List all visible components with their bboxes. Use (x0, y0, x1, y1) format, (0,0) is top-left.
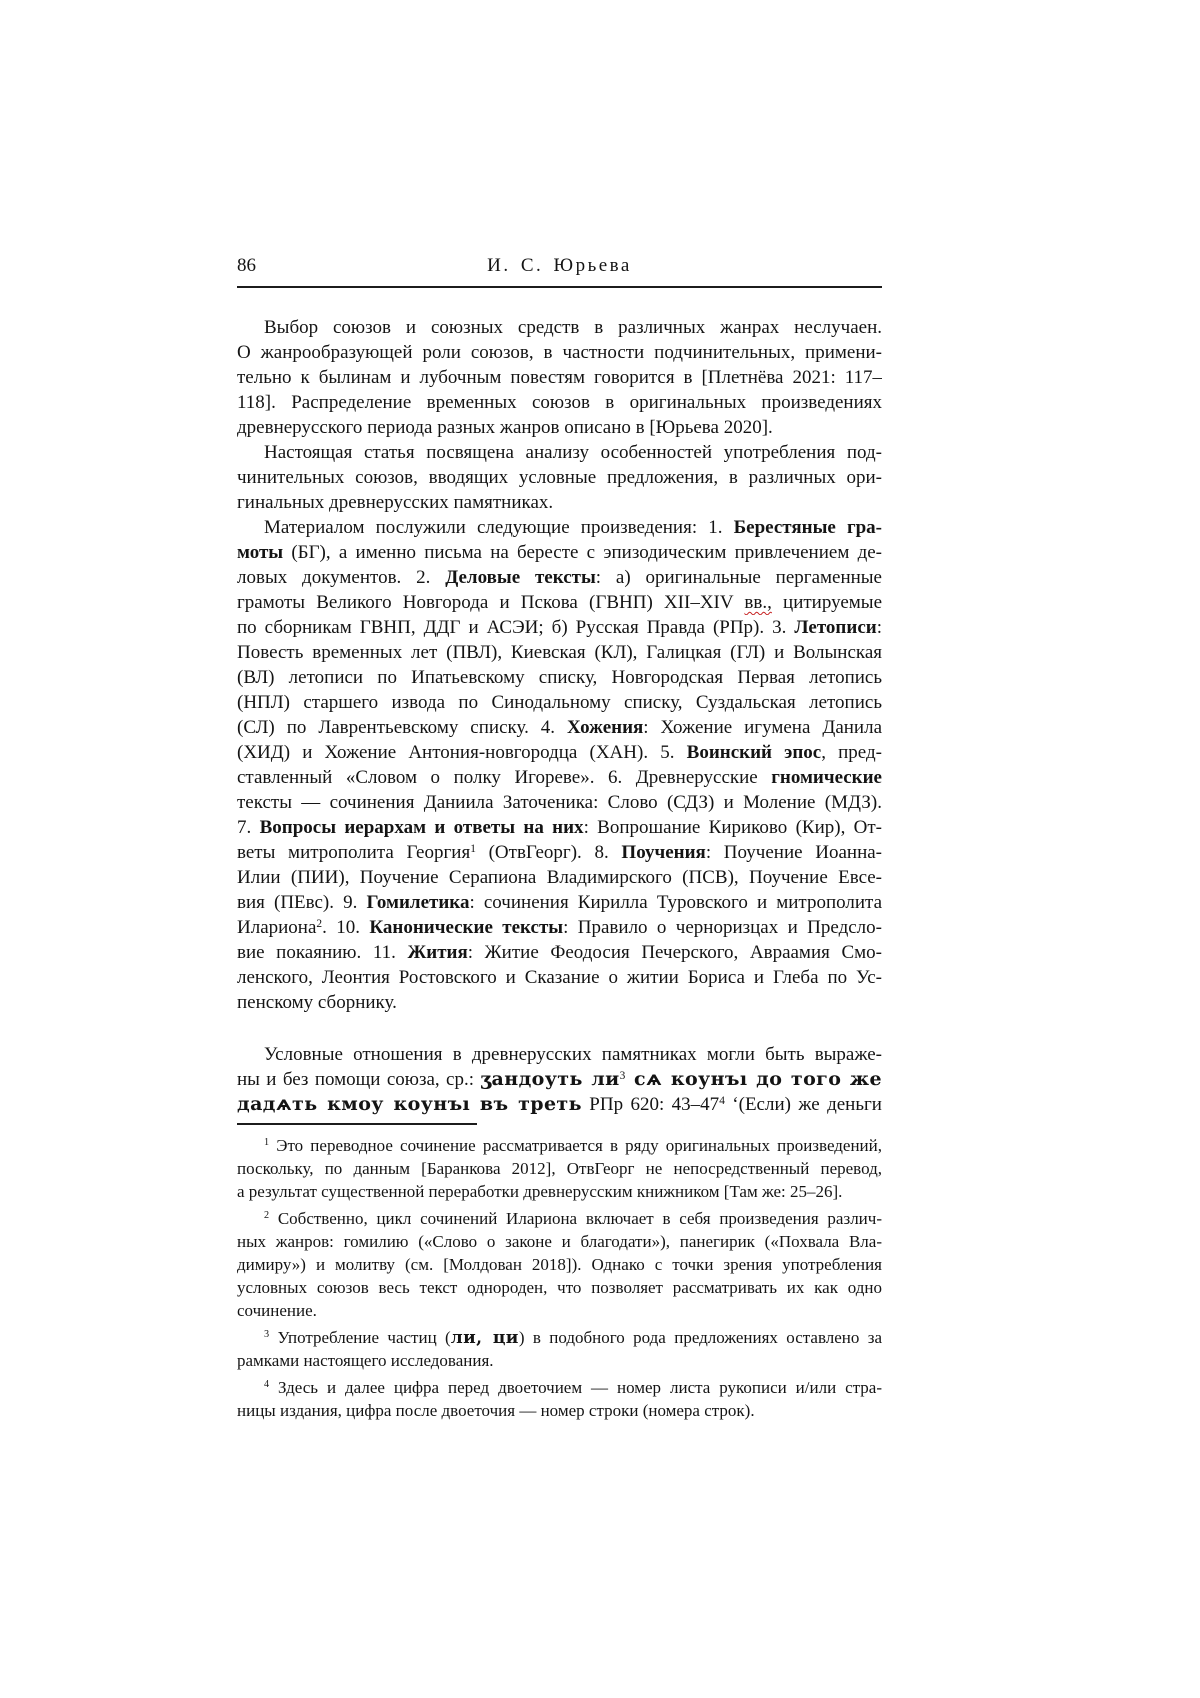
para: Выбор союзов и союзных средств в различн… (237, 315, 882, 440)
text-run: Настоящая статья посвящена анализу особе… (264, 442, 882, 463)
text-line: ны и без помощи союза, ср.: ʒандоуть ли3… (237, 1067, 882, 1092)
text-run: Хожения (567, 717, 643, 738)
footnotes: 1 Это переводное сочинение рассматривает… (237, 1134, 882, 1422)
text-run: вв., (744, 592, 771, 613)
footnote: 2 Собственно, цикл сочинений Илариона вк… (237, 1207, 882, 1322)
text-run: 7. (237, 817, 260, 838)
text-line: (НПЛ) старшего извода по Синодальному сп… (237, 690, 882, 715)
text-run: 118]. Распределение временных союзов в о… (237, 392, 882, 413)
text-line: тексты — сочинения Даниила Заточеника: С… (237, 790, 882, 815)
text-line: (СЛ) по Лаврентьевскому списку. 4. Хожен… (237, 715, 882, 740)
text-line: чинительных союзов, вводящих условные пр… (237, 465, 882, 490)
running-title: И. С. Юрьева (237, 255, 882, 277)
text-line: древнерусского периода разных жанров опи… (237, 415, 882, 440)
text-line: а результат существенной переработки дре… (237, 1180, 882, 1203)
text-run: ли, ци (451, 1328, 519, 1348)
text-run: тексты — сочинения Даниила Заточеника: С… (237, 792, 882, 813)
text-run: (СЛ) по Лаврентьевскому списку. 4. (237, 717, 567, 738)
text-line: ставленный «Словом о полку Игореве». 6. … (237, 765, 882, 790)
text-run: ) в подобного рода предложениях оставлен… (519, 1328, 882, 1347)
text-line: грамоты Великого Новгорода и Пскова (ГВН… (237, 590, 882, 615)
text-run: : Правило о черноризцах и Предсло- (563, 917, 882, 938)
text-run: Гомилетика (366, 892, 469, 913)
text-run: моты (237, 542, 283, 563)
text-run: О жанрообразующей роли союзов, в частнос… (237, 342, 882, 363)
text-run: (ОтвГеорг). 8. (476, 842, 622, 863)
text-run: ʒандоуть ли (480, 1068, 619, 1090)
footnote: 3 Употребление частиц (ли, ци) в подобно… (237, 1326, 882, 1372)
text-line: рамками настоящего исследования. (237, 1349, 882, 1372)
text-line: 3 Употребление частиц (ли, ци) в подобно… (237, 1326, 882, 1349)
text-run: пенскому сборнику. (237, 992, 397, 1013)
text-line: ловых документов. 2. Деловые тексты: а) … (237, 565, 882, 590)
header-rule (237, 286, 882, 288)
text-line: (ВЛ) летописи по Ипатьевскому списку, Но… (237, 665, 882, 690)
text-run: Повесть временных лет (ПВЛ), Киевская (К… (237, 642, 882, 663)
text-run: сочинение. (237, 1301, 317, 1320)
text-run: тельно к былинам и лубочным повестям гов… (237, 367, 882, 388)
text-line: 1 Это переводное сочинение рассматривает… (237, 1134, 882, 1157)
footnote: 4 Здесь и далее цифра перед двоеточием —… (237, 1376, 882, 1422)
text-line: Материалом послужили следующие произведе… (237, 515, 882, 540)
text-run: (ВЛ) летописи по Ипатьевскому списку, Но… (237, 667, 882, 688)
para: Материалом послужили следующие произведе… (237, 515, 882, 1015)
text-run: 4 (719, 1095, 725, 1107)
text-run: : Вопрошание Кириково (Кир), От- (584, 817, 882, 838)
text-run: рамками настоящего исследования. (237, 1351, 494, 1370)
text-run: вия (ПЕвс). 9. (237, 892, 366, 913)
text-line: пенскому сборнику. (237, 990, 882, 1015)
text-run: 1 (264, 1137, 269, 1148)
text-run: Вопросы иерархам и ответы на них (260, 817, 584, 838)
text-run: Выбор союзов и союзных средств в различн… (264, 317, 882, 338)
text-run: дадѧть кмоу коунъı въ треть (237, 1093, 582, 1115)
text-run: Это переводное сочинение рассматривается… (269, 1136, 882, 1155)
para: Условные отношения в древнерусских памят… (237, 1042, 882, 1117)
text-run: Здесь и далее цифра перед двоеточием — н… (269, 1378, 882, 1397)
text-run: Условные отношения в древнерусских памят… (264, 1044, 882, 1065)
text-line: моты (БГ), а именно письма на бересте с … (237, 540, 882, 565)
text-line: вия (ПЕвс). 9. Гомилетика: сочинения Кир… (237, 890, 882, 915)
text-run: 3 (264, 1329, 269, 1340)
text-line: Повесть временных лет (ПВЛ), Киевская (К… (237, 640, 882, 665)
text-line: 7. Вопросы иерархам и ответы на них: Воп… (237, 815, 882, 840)
text-run: Употребление частиц ( (269, 1328, 451, 1347)
text-run: ных жанров: гомилию («Слово о законе и б… (237, 1232, 882, 1251)
text-run: вие покаянию. 11. (237, 942, 407, 963)
text-run: условных союзов весь текст однороден, чт… (237, 1278, 882, 1297)
text-line: ных жанров: гомилию («Слово о законе и б… (237, 1230, 882, 1253)
text-line: сочинение. (237, 1299, 882, 1322)
text-run: Материалом послужили следующие произведе… (264, 517, 734, 538)
text-line: вие покаянию. 11. Жития: Житие Феодосия … (237, 940, 882, 965)
text-run: , пред- (821, 742, 882, 763)
text-run: : (877, 617, 882, 638)
text-line: тельно к былинам и лубочным повестям гов… (237, 365, 882, 390)
text-line: Илариона2. 10. Канонические тексты: Прав… (237, 915, 882, 940)
text-run: ницы издания, цифра после двоеточия — но… (237, 1401, 755, 1420)
text-line: Настоящая статья посвящена анализу особе… (237, 440, 882, 465)
text-run: ловых документов. 2. (237, 567, 445, 588)
text-run: Илии (ПИИ), Поучение Серапиона Владимирс… (237, 867, 882, 888)
page-header: 86 И. С. Юрьева (237, 255, 882, 281)
text-run: ны и без помощи союза, ср.: (237, 1069, 480, 1090)
text-run: : Хожение игумена Данила (643, 717, 882, 738)
text-run: ленского, Леонтия Ростовского и Сказание… (237, 967, 882, 988)
text-line: дадѧть кмоу коунъı въ треть РПр 620: 43–… (237, 1092, 882, 1117)
text-run: ставленный «Словом о полку Игореве». 6. … (237, 767, 771, 788)
text-line: 118]. Распределение временных союзов в о… (237, 390, 882, 415)
text-run: : Житие Феодосия Печерского, Авраамия См… (468, 942, 882, 963)
text-line: по сборникам ГВНП, ДДГ и АСЭИ; б) Русска… (237, 615, 882, 640)
footnote-separator (237, 1123, 477, 1125)
text-run: Деловые тексты (445, 567, 596, 588)
text-line: димиру») и молитву (см. [Молдован 2018])… (237, 1253, 882, 1276)
page: 86 И. С. Юрьева Выбор союзов и союзных с… (0, 0, 1200, 1698)
text-run: цитируемые (772, 592, 882, 613)
text-line: 4 Здесь и далее цифра перед двоеточием —… (237, 1376, 882, 1399)
text-run: 3 (620, 1070, 626, 1082)
text-run: веты митрополита Георгия (237, 842, 470, 863)
text-line: Условные отношения в древнерусских памят… (237, 1042, 882, 1067)
text-run: : сочинения Кирилла Туровского и митропо… (469, 892, 882, 913)
text-line: Выбор союзов и союзных средств в различн… (237, 315, 882, 340)
text-run: димиру») и молитву (см. [Молдован 2018])… (237, 1255, 882, 1274)
text-run: а результат существенной переработки дре… (237, 1182, 842, 1201)
text-run: (БГ), а именно письма на бересте с эпизо… (283, 542, 882, 563)
text-line: 2 Собственно, цикл сочинений Илариона вк… (237, 1207, 882, 1230)
text-run: древнерусского периода разных жанров опи… (237, 417, 773, 438)
footnote: 1 Это переводное сочинение рассматривает… (237, 1134, 882, 1203)
text-line: веты митрополита Георгия1 (ОтвГеорг). 8.… (237, 840, 882, 865)
text-line: О жанрообразующей роли союзов, в частнос… (237, 340, 882, 365)
text-run: Илариона (237, 917, 316, 938)
text-run: Поучения (621, 842, 705, 863)
text-run: 1 (470, 843, 476, 855)
body-paragraphs: Выбор союзов и союзных средств в различн… (237, 315, 882, 1117)
text-line: ленского, Леонтия Ростовского и Сказание… (237, 965, 882, 990)
text-run: . 10. (322, 917, 369, 938)
text-run: чинительных союзов, вводящих условные пр… (237, 467, 882, 488)
text-run: Воинский эпос (687, 742, 822, 763)
text-run: Жития (407, 942, 467, 963)
text-line: условных союзов весь текст однороден, чт… (237, 1276, 882, 1299)
text-line: поскольку, по данным [Баранкова 2012], О… (237, 1157, 882, 1180)
text-run: 2 (264, 1210, 269, 1221)
text-run: (ХИД) и Хожение Антония-новгородца (ХАН)… (237, 742, 687, 763)
text-run: : Поучение Иоанна- (706, 842, 882, 863)
text-run: грамоты Великого Новгорода и Пскова (ГВН… (237, 592, 744, 613)
text-run: (НПЛ) старшего извода по Синодальному сп… (237, 692, 882, 713)
text-run: Собственно, цикл сочинений Илариона вклю… (269, 1209, 882, 1228)
para: Настоящая статья посвящена анализу особе… (237, 440, 882, 515)
text-run: поскольку, по данным [Баранкова 2012], О… (237, 1159, 882, 1178)
text-run: по сборникам ГВНП, ДДГ и АСЭИ; б) Русска… (237, 617, 794, 638)
text-line: гинальных древнерусских памятниках. (237, 490, 882, 515)
text-run: Берестяные гра- (734, 517, 882, 538)
text-line: (ХИД) и Хожение Антония-новгородца (ХАН)… (237, 740, 882, 765)
text-run: Летописи (794, 617, 876, 638)
text-run: 4 (264, 1379, 269, 1390)
text-run: гинальных древнерусских памятниках. (237, 492, 553, 513)
text-line: ницы издания, цифра после двоеточия — но… (237, 1399, 882, 1422)
text-run: Канонические тексты (369, 917, 563, 938)
body-text: Выбор союзов и союзных средств в различн… (237, 315, 882, 1422)
text-run: РПр 620: 43–47 (582, 1094, 719, 1115)
text-line: Илии (ПИИ), Поучение Серапиона Владимирс… (237, 865, 882, 890)
text-run: 2 (316, 918, 322, 930)
text-run: гномические (771, 767, 882, 788)
text-run: : а) оригинальные пергаменные (596, 567, 882, 588)
